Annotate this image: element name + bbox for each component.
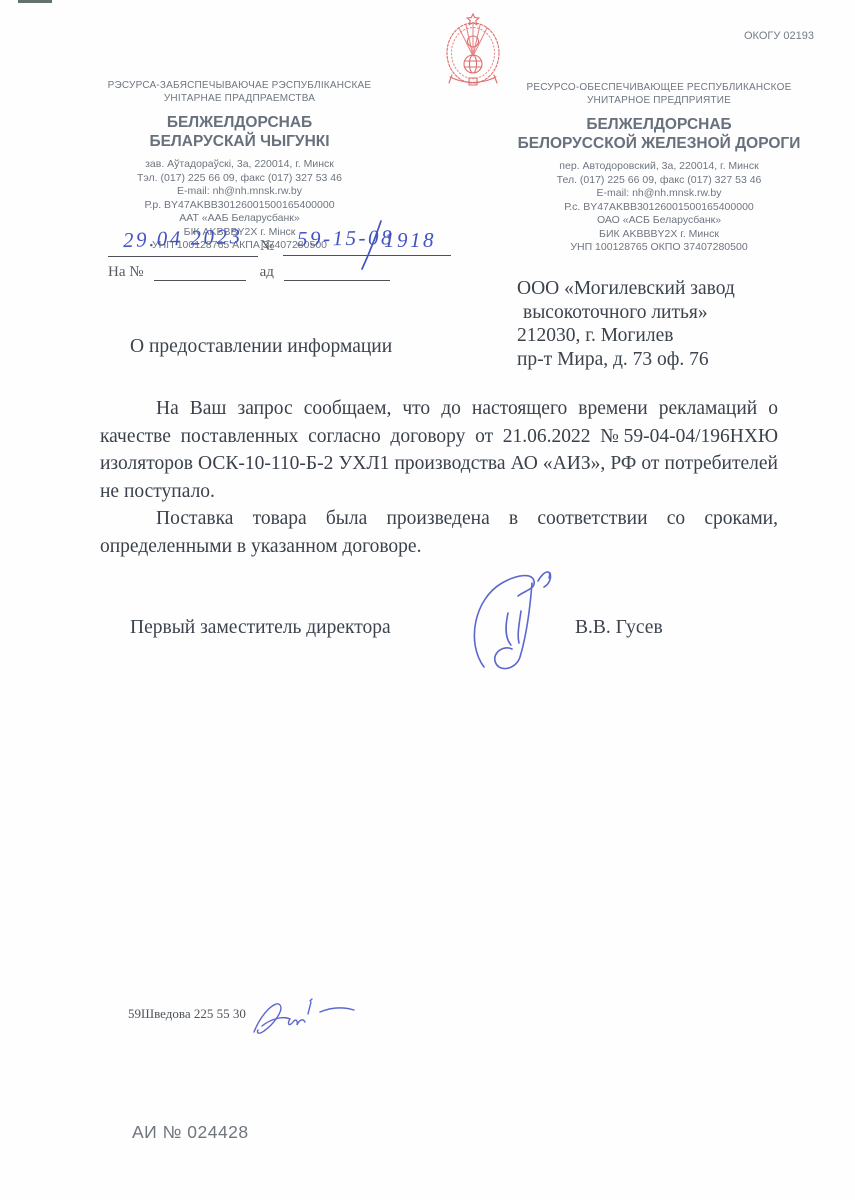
reply-number-blank [154, 262, 246, 281]
scan-artifact [18, 0, 52, 3]
sender-bank: ОАО «АСБ Беларусбанк» [483, 214, 835, 228]
letter-page: ОКОГУ 02193 РЭСУРСА-ЗАБЯСПЕЧЫВАЮЧАЕ РЭСП… [0, 0, 855, 1200]
coat-of-arms-icon [430, 12, 516, 88]
sender-address: зав. Аўтадораўскі, 3а, 220014, г. Минск [72, 158, 407, 172]
recipient-line: высокоточного литья» [517, 301, 735, 325]
executor-note: 59Шведова 225 55 30 [128, 1006, 246, 1022]
sender-type-line: УНИТАРНОЕ ПРЕДПРИЯТИЕ [483, 95, 835, 108]
letter-body: На Ваш запрос сообщаем, что до настоящег… [100, 395, 778, 560]
reply-date-blank [284, 262, 390, 281]
sender-org-name: БЕЛАРУСКАЙ ЧЫГУНКІ [72, 132, 407, 151]
sender-address: пер. Автодоровский, 3а, 220014, г. Минск [483, 160, 835, 174]
subject-line: О предоставлении информации [130, 336, 392, 358]
recipient-line: ООО «Могилевский завод [517, 277, 735, 301]
recipient-block: ООО «Могилевский завод высокоточного лит… [517, 277, 735, 371]
body-paragraph: Поставка товара была произведена в соотв… [100, 505, 778, 560]
sender-unp: УНП 100128765 ОКПО 37407280500 [483, 241, 835, 255]
recipient-line: 212030, г. Могилев [517, 324, 735, 348]
recipient-line: пр-т Мира, д. 73 оф. 76 [517, 348, 735, 372]
director-signature [462, 565, 572, 673]
sender-type-line: РЭСУРСА-ЗАБЯСПЕЧЫВАЮЧАЕ РЭСПУБЛІКАНСКАЕ [72, 80, 407, 93]
number-sign: № [260, 238, 274, 255]
sender-account: Р.с. BY47AKBB30126001500165400000 [483, 201, 835, 215]
sender-account: Р.р. BY47AKBB30126001500165400000 [72, 199, 407, 213]
okogu-code: ОКОГУ 02193 [744, 30, 814, 42]
outgoing-date-field: 29.04 2023 [108, 226, 258, 257]
sender-type-line: РЕСУРСО-ОБЕСПЕЧИВАЮЩЕЕ РЕСПУБЛИКАНСКОЕ [483, 82, 835, 95]
sender-block-russian: РЕСУРСО-ОБЕСПЕЧИВАЮЩЕЕ РЕСПУБЛИКАНСКОЕ У… [483, 82, 835, 255]
sender-org-name: БЕЛЖЕЛДОРСНАБ [72, 113, 407, 132]
form-number: АИ № 024428 [132, 1122, 249, 1143]
handwritten-number-suffix: 1918 [384, 228, 436, 253]
sender-email: E-mail: nh@nh.mnsk.rw.by [72, 185, 407, 199]
sender-phone: Тел. (017) 225 66 09, факс (017) 327 53 … [483, 174, 835, 188]
reply-reference-row: На №ад [108, 262, 390, 286]
sender-phone: Тэл. (017) 225 66 09, факс (017) 327 53 … [72, 172, 407, 186]
handwritten-date: 29.04 2023 [123, 224, 243, 253]
sender-type-line: УНІТАРНАЕ ПРАДПРАЕМСТВА [72, 93, 407, 106]
sender-email: E-mail: nh@nh.mnsk.rw.by [483, 187, 835, 201]
signatory-name: В.В. Гусев [575, 617, 663, 639]
sender-org-name: БЕЛОРУССКОЙ ЖЕЛЕЗНОЙ ДОРОГИ [483, 134, 835, 153]
signatory-title: Первый заместитель директора [130, 617, 391, 639]
body-paragraph: На Ваш запрос сообщаем, что до настоящег… [100, 395, 778, 505]
reply-no-label: На № [108, 264, 144, 281]
executor-signature [246, 992, 358, 1038]
reply-date-label: ад [260, 264, 274, 281]
sender-bik: БИК AKBBBY2X г. Минск [483, 228, 835, 242]
sender-org-name: БЕЛЖЕЛДОРСНАБ [483, 115, 835, 134]
